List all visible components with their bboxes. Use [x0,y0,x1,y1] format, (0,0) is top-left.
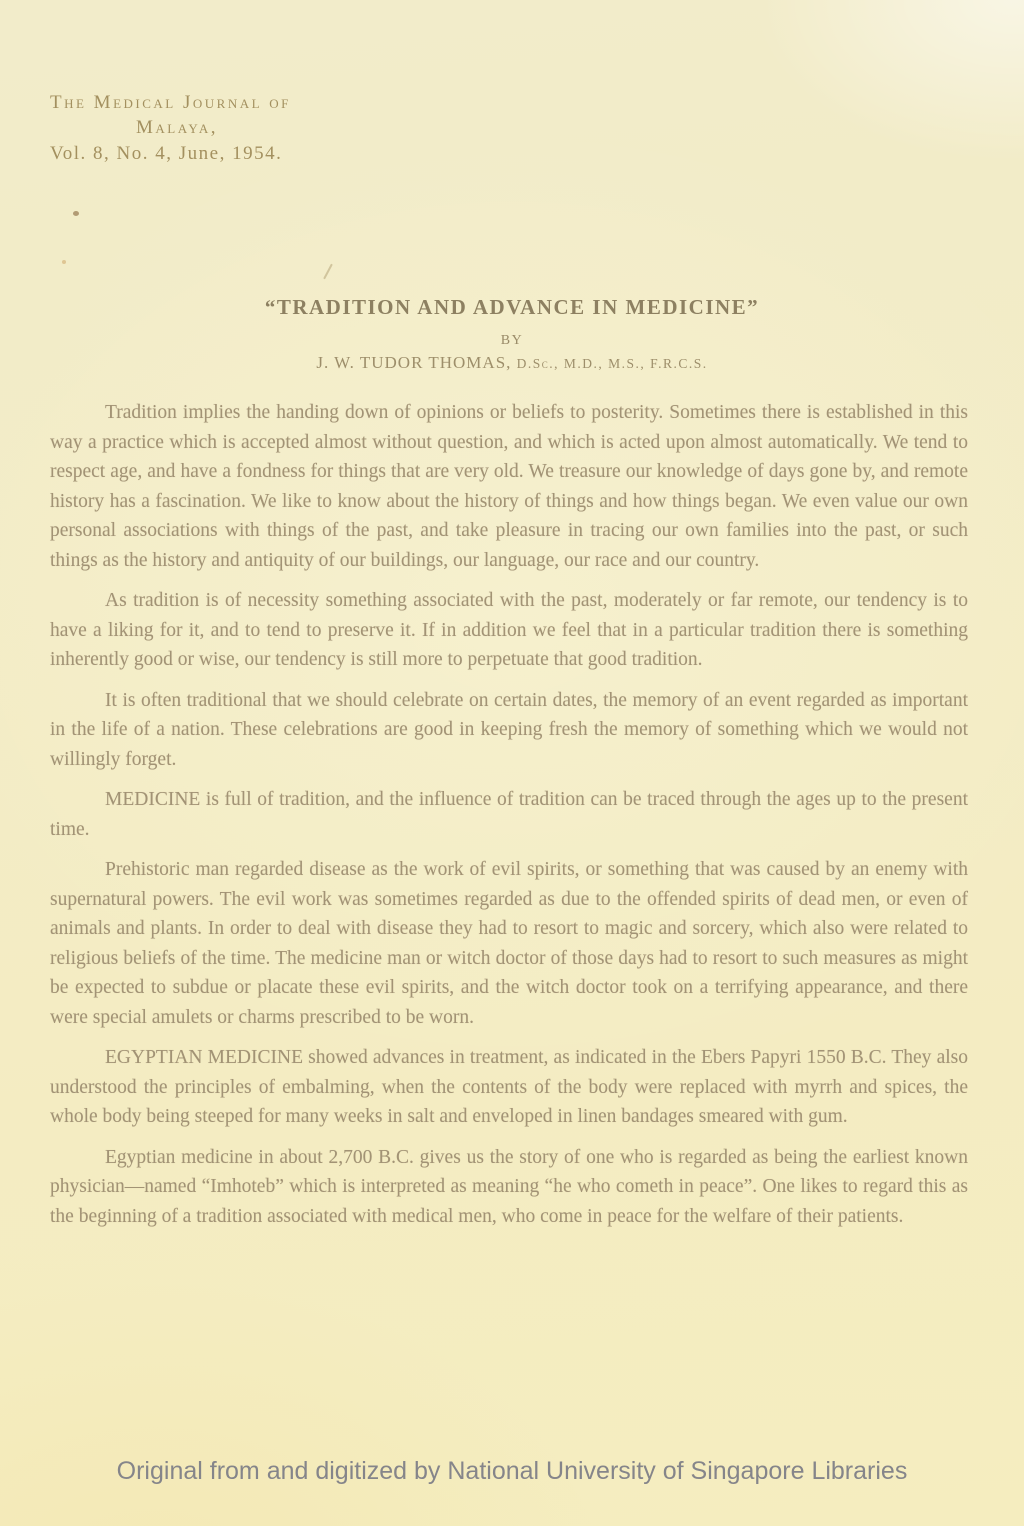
paragraph: Tradition implies the handing down of op… [50,398,968,575]
paragraph: Egyptian medicine in about 2,700 B.C. gi… [50,1143,968,1232]
paragraph: MEDICINE is full of tradition, and the i… [50,785,968,844]
article-body: Tradition implies the handing down of op… [50,398,968,1242]
digitization-watermark: Original from and digitized by National … [0,1457,1024,1486]
scan-artifact-mark [323,264,333,280]
masthead-journal-name-2: Malaya, [136,117,291,139]
masthead: The Medical Journal of Malaya, Vol. 8, N… [50,92,291,165]
masthead-volume-issue-date: Vol. 8, No. 4, June, 1954. [50,143,291,165]
byline-prefix: BY [0,333,1024,349]
scan-speck [73,211,79,216]
author-name: J. W. TUDOR THOMAS, [316,353,511,372]
author-line: J. W. TUDOR THOMAS, D.Sc., M.D., M.S., F… [0,353,1024,373]
paragraph: As tradition is of necessity something a… [50,586,968,675]
scan-speck [62,260,66,264]
masthead-journal-name: The Medical Journal of [50,92,291,114]
paragraph: It is often traditional that we should c… [50,686,968,775]
article-title: “TRADITION AND ADVANCE IN MEDICINE” [0,295,1024,320]
author-credentials: D.Sc., M.D., M.S., F.R.C.S. [517,356,708,371]
paragraph: EGYPTIAN MEDICINE showed advances in tre… [50,1043,968,1132]
journal-page: The Medical Journal of Malaya, Vol. 8, N… [0,0,1024,1526]
paragraph: Prehistoric man regarded disease as the … [50,855,968,1032]
